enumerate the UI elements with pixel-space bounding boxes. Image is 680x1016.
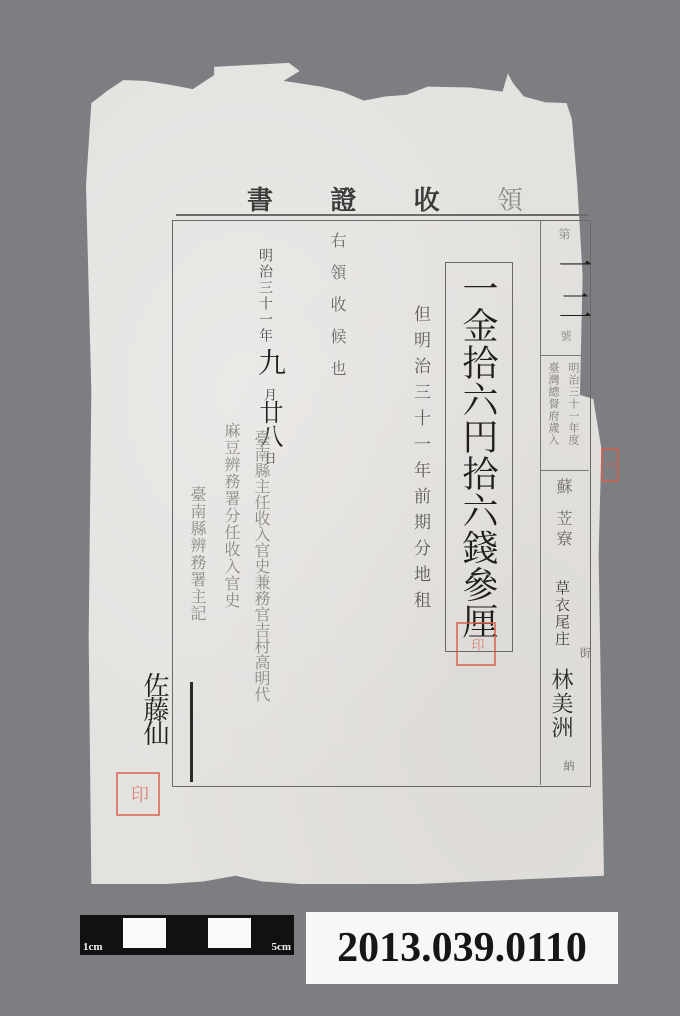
title-char-4: 領	[496, 180, 526, 217]
scale-left-label: 1cm	[83, 941, 103, 953]
scale-bar: 1cm 5cm	[80, 915, 294, 955]
scale-segment-3	[166, 918, 209, 948]
title-rule	[176, 214, 588, 216]
signature: 佐藤仙	[136, 672, 173, 744]
payment-purpose: 但明治三十一年前期分地租	[408, 305, 433, 617]
official-line-2: 麻豆辨務署分任收入官史	[220, 422, 243, 609]
signature-seal: 印	[116, 772, 160, 816]
official-mark	[190, 682, 193, 782]
amount-seal: 印	[456, 622, 496, 666]
place-prefix: 蘇	[552, 478, 575, 502]
official-line-1: 臺南縣主任收入官史兼務官吉村高明代	[250, 430, 273, 702]
acknowledgement: 右領收候也	[326, 232, 349, 392]
receipt-number-suffix: 號	[557, 330, 573, 349]
number-column-divider	[540, 220, 541, 785]
title-char-3: 收	[413, 180, 443, 217]
edge-seal: 印	[601, 448, 619, 482]
amount-text: 一金拾六円拾六錢參厘	[452, 270, 502, 640]
date-month: 九	[250, 348, 290, 384]
document-title: 書 證 收 領	[246, 180, 526, 217]
official-line-3: 臺南縣辨務署主記	[186, 486, 209, 622]
scale-segment-4	[208, 918, 251, 948]
issuer-label: 臺灣總督府歲入	[545, 362, 561, 446]
scale-right-label: 5cm	[271, 941, 291, 953]
street-label: 街	[576, 647, 592, 666]
payer-sub-place: 草衣尾庄	[552, 580, 573, 648]
year-column-rule	[540, 470, 589, 471]
catalog-number: 2013.039.0110	[306, 912, 618, 984]
number-column-rule	[540, 355, 589, 356]
title-char-1: 書	[246, 180, 276, 217]
title-char-2: 證	[329, 180, 359, 217]
payer-name: 林美洲	[545, 668, 576, 740]
date-era-year: 明治三十一年	[255, 248, 275, 344]
receipt-number: 一二	[548, 248, 597, 328]
scale-segment-2	[123, 918, 166, 948]
payer-place: 苙寮	[552, 510, 575, 550]
fiscal-year-label: 明治三十一年度	[565, 362, 581, 446]
payer-suffix: 納	[560, 760, 576, 779]
receipt-number-prefix: 第	[556, 228, 573, 248]
